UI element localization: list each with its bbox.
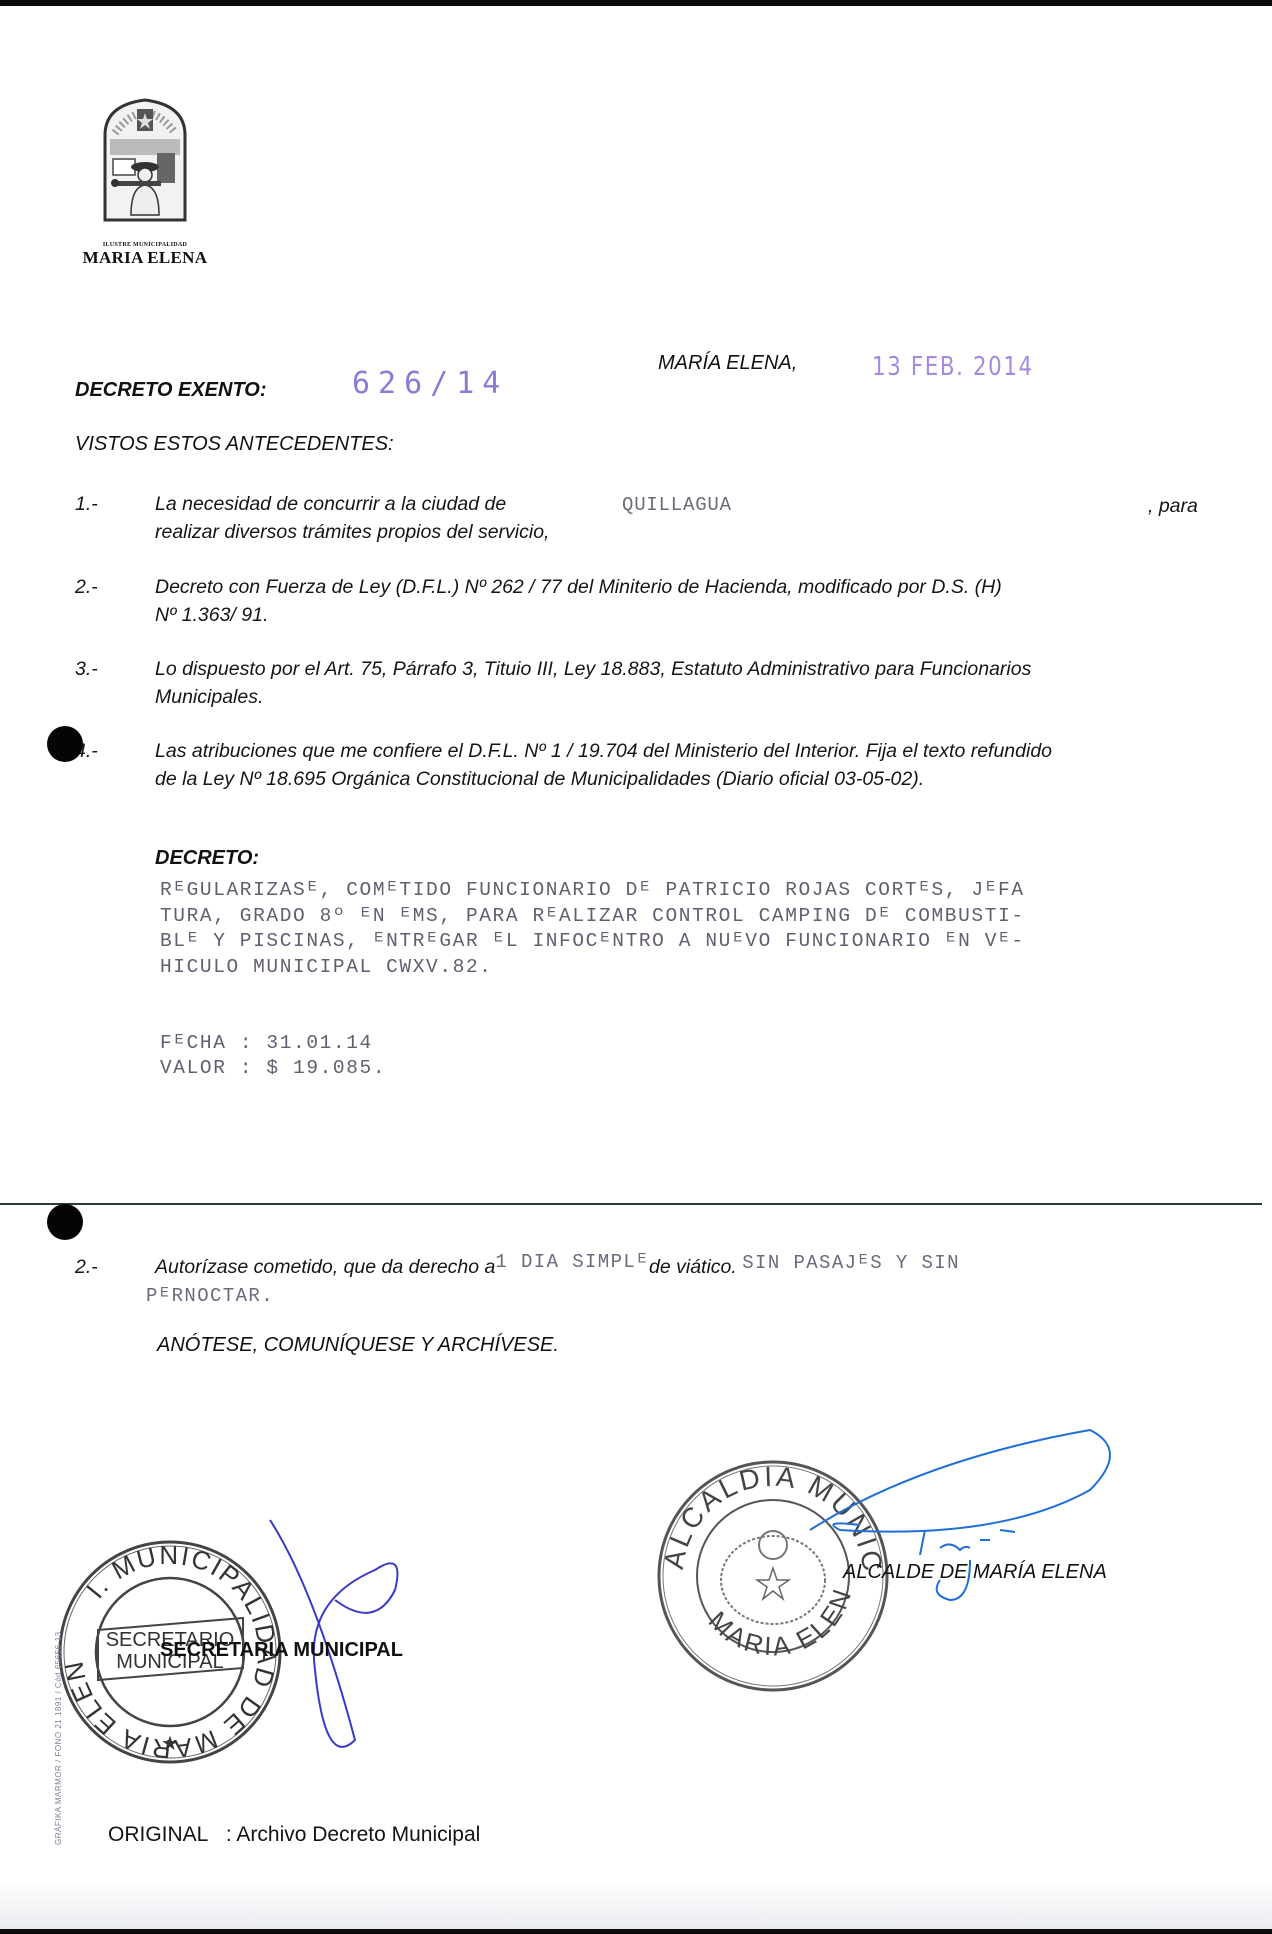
- valor-label: VALOR: [160, 1057, 227, 1079]
- city-field: QUILLAGUA: [622, 494, 732, 516]
- pernoctar-text: PᴱRNOCTAR.: [146, 1285, 274, 1307]
- alcalde-label: ALCALDE DE MARÍA ELENA: [843, 1561, 1107, 1584]
- municipal-logo: ILUSTRE MUNICIPALIDAD MARIA ELENA: [75, 95, 215, 285]
- item-text-line: Las atribuciones que me confiere el D.F.…: [155, 740, 1052, 762]
- svg-text:★: ★: [161, 1733, 179, 1755]
- item-text-line: Nº 1.363/ 91.: [155, 604, 268, 626]
- item-text-line: Decreto con Fuerza de Ley (D.F.L.) Nº 26…: [155, 576, 1002, 598]
- original-note: ORIGINAL : Archivo Decreto Municipal: [108, 1823, 480, 1847]
- punch-hole: [47, 726, 83, 762]
- municipal-crest-icon: [95, 95, 195, 235]
- decreto-exento-label: DECRETO EXENTO:: [75, 379, 267, 402]
- autorizase-text: Autorízase cometido, que da derecho a1 D…: [155, 1253, 960, 1282]
- scan-shading: [0, 1880, 1272, 1929]
- item-text-suffix: , para: [1148, 492, 1198, 520]
- item-text-line: realizar diversos trámites propios del s…: [155, 521, 549, 543]
- place-label: MARÍA ELENA,: [658, 352, 797, 375]
- logo-title: MARIA ELENA: [75, 248, 215, 268]
- closing-formula: ANÓTESE, COMUNÍQUESE Y ARCHÍVESE.: [157, 1334, 559, 1357]
- autorizase-mid: de viático.: [649, 1256, 737, 1278]
- autorizase-lead: Autorízase cometido, que da derecho a: [155, 1256, 495, 1278]
- scan-edge-top: [0, 0, 1272, 6]
- item-text-line: de la Ley Nº 18.695 Orgánica Constitucio…: [155, 768, 924, 790]
- valor-value: $ 19.085.: [266, 1057, 386, 1079]
- scan-edge-bottom: [0, 1929, 1272, 1934]
- secretaria-label: SECRETARIA MUNICIPAL: [160, 1639, 403, 1662]
- original-value: : Archivo Decreto Municipal: [226, 1823, 480, 1846]
- item-text: Decreto con Fuerza de Ley (D.F.L.) Nº 26…: [155, 573, 1205, 629]
- original-label: ORIGINAL: [108, 1823, 208, 1846]
- decreto-line: TURA, GRADO 8º ᴱN ᴱMS, PARA RᴱALIZAR CON…: [160, 905, 1025, 927]
- punch-hole: [47, 1204, 83, 1240]
- printer-mark: GRÁFIKA MARMOR / FONO 21 1891 / Cód.6565…: [54, 1631, 63, 1845]
- item-number: 2.-: [75, 1253, 98, 1281]
- secretaria-signature: [255, 1510, 405, 1760]
- date-stamp: 13 FEB. 2014: [872, 352, 1034, 382]
- item-text-line: Municipales.: [155, 686, 263, 708]
- item-text-line: Lo dispuesto por el Art. 75, Párrafo 3, …: [155, 658, 1031, 680]
- item-text: Lo dispuesto por el Art. 75, Párrafo 3, …: [155, 655, 1205, 711]
- fecha-valor-block: FᴱCHA : 31.01.14 VALOR : $ 19.085.: [160, 1031, 386, 1081]
- fecha-label: FᴱCHA: [160, 1032, 227, 1054]
- decreto-line: RᴱGULARIZASᴱ, COMᴱTIDO FUNCIONARIO Dᴱ PA…: [160, 879, 1025, 901]
- item-number: 1.-: [75, 490, 98, 518]
- vistos-heading: VISTOS ESTOS ANTECEDENTES:: [75, 433, 394, 456]
- decreto-line: HICULO MUNICIPAL CWXV.82.: [160, 956, 493, 978]
- item-text: Las atribuciones que me confiere el D.F.…: [155, 737, 1205, 793]
- fecha-value: 31.01.14: [266, 1032, 372, 1054]
- decreto-heading: DECRETO:: [155, 847, 259, 870]
- divider-line: [0, 1203, 1262, 1205]
- item-number: 2.-: [75, 573, 98, 601]
- decreto-body: RᴱGULARIZASᴱ, COMᴱTIDO FUNCIONARIO Dᴱ PA…: [160, 878, 1200, 980]
- pasajes-text: SIN PASAJᴱS Y SIN: [742, 1252, 960, 1274]
- item-text-line: La necesidad de concurrir a la ciudad de: [155, 493, 506, 515]
- decreto-line: BLᴱ Y PISCINAS, ᴱNTRᴱGAR ᴱL INFOCᴱNTRO A…: [160, 930, 1025, 952]
- viatico-days: 1 DIA SIMPLᴱ: [495, 1251, 649, 1273]
- item-number: 3.-: [75, 655, 98, 683]
- decreto-number-stamp: 626/14: [352, 366, 508, 401]
